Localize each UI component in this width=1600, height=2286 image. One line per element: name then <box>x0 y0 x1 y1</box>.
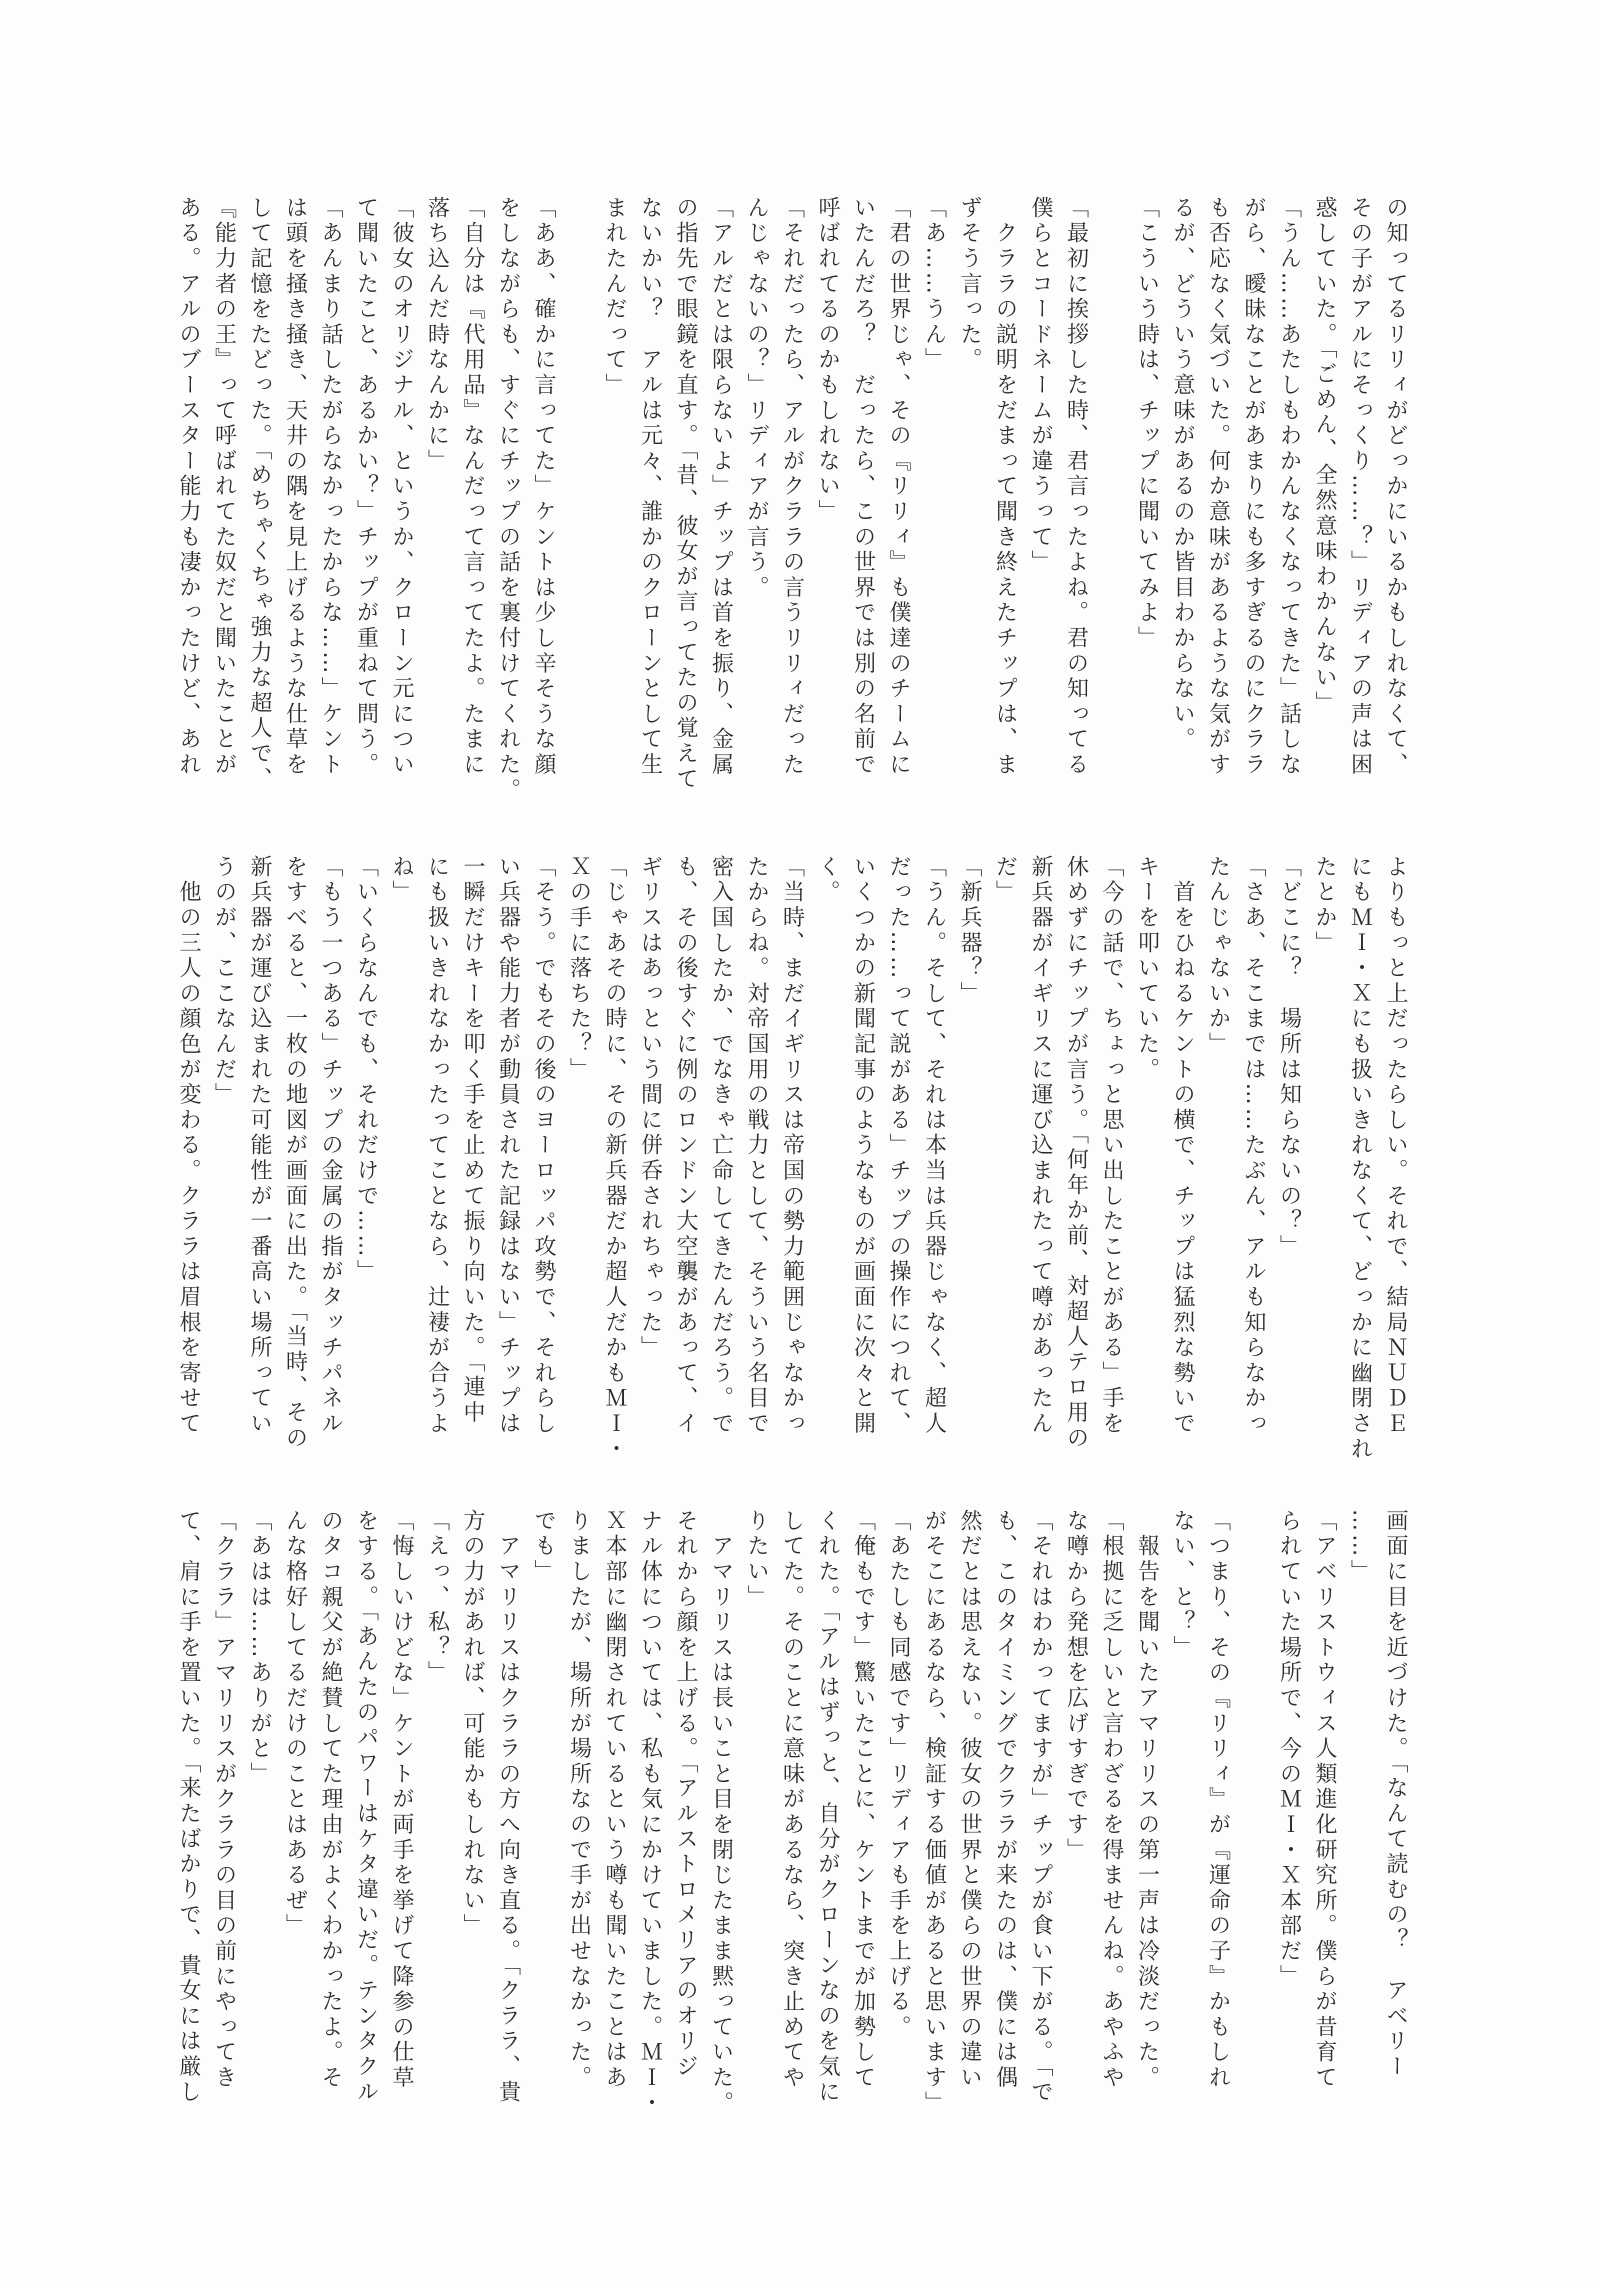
text-line: 「最初に挨拶した時、君言ったよね。君の知ってる <box>1058 196 1094 786</box>
text-line: く。 <box>810 855 846 1445</box>
text-line: 「君の世界じゃ、その『リリィ』も僕達のチームに <box>881 196 917 786</box>
text-line: 「もう一つある」チップの金属の指がタッチパネル <box>313 855 349 1445</box>
text-line: 休めずにチップが言う。「何年か前、対超人テロ用の <box>1058 855 1094 1445</box>
text-line: 「悔しいけどな」ケントが両手を挙げて降参の仕草 <box>384 1509 420 2099</box>
text-line: ずそう言った。 <box>952 196 988 786</box>
text-line: 呼ばれてるのかもしれない」 <box>810 196 846 786</box>
text-line: 「いくらなんでも、それだけで……」 <box>348 855 384 1445</box>
text-line: て聞いたこと、あるかい？」チップが重ねて問う。 <box>348 196 384 786</box>
text-line: 「ああ、確かに言ってた」ケントは少し辛そうな顔 <box>526 196 562 786</box>
text-line: 「あたしも同感です」リディアも手を上げる。 <box>881 1509 917 2099</box>
text-line: うのが、ここなんだ」 <box>206 855 242 1445</box>
text-line: にも扱いきれなかったってことなら、辻褄が合うよ <box>419 855 455 1445</box>
text-block-bottom: 画面に目を近づけた。「なんて読むの？ アベリー ……」 「アベリストウィス人類進… <box>170 1509 1413 2099</box>
text-line: 「そう。でもその後のヨーロッパ攻勢で、それらし <box>526 855 562 1445</box>
text-line: 「それはわかってますが」チップが食い下がる。「で <box>1023 1509 1059 2099</box>
text-line: 密入国したか、でなきゃ亡命してきたんだろう。で <box>703 855 739 1445</box>
text-line: をしながらも、すぐにチップの話を裏付けてくれた。 <box>490 196 526 786</box>
text-line: 新兵器が運び込まれた可能性が一番高い場所ってい <box>242 855 278 1445</box>
text-line: ないかい？ アルは元々、誰かのクローンとして生 <box>632 196 668 786</box>
text-line: 「あんまり話したがらなかったからな……」ケント <box>313 196 349 786</box>
text-line: ……」 <box>1342 1509 1378 2099</box>
text-line: な噂から発想を広げすぎです」 <box>1058 1509 1094 2099</box>
text-line: んな格好してるだけのことはあるぜ」 <box>277 1509 313 2099</box>
text-line: 落ち込んだ時なんかに」 <box>419 196 455 786</box>
text-line: Ｘの手に落ちた？」 <box>561 855 597 1445</box>
novel-page: の知ってるリリィがどっかにいるかもしれなくて、 その子がアルにそっくり……？」リ… <box>0 0 1600 2286</box>
text-block-top: の知ってるリリィがどっかにいるかもしれなくて、 その子がアルにそっくり……？」リ… <box>170 196 1413 786</box>
text-line: たんじゃないか」 <box>1200 855 1236 1445</box>
text-line: い兵器や能力者が動員された記録はない」チップは <box>490 855 526 1445</box>
text-line: たとか」 <box>1307 855 1343 1445</box>
text-line: も、その後すぐに例のロンドン大空襲があって、イ <box>668 855 704 1445</box>
text-line: がそこにあるなら、検証する価値があると思います」 <box>916 1509 952 2099</box>
blank-line <box>1094 196 1130 786</box>
text-line: 「今の話で、ちょっと思い出したことがある」手を <box>1094 855 1130 1445</box>
text-line: 「新兵器？」 <box>952 855 988 1445</box>
text-line: アマリリスはクララの方へ向き直る。「クララ、貴 <box>490 1509 526 2099</box>
text-line: 新兵器がイギリスに運び込まれたって噂があったん <box>1023 855 1059 1445</box>
text-line: ナル体については、私も気にかけていました。ＭＩ・ <box>632 1509 668 2099</box>
text-line: のタコ親父が絶賛してた理由がよくわかったよ。そ <box>313 1509 349 2099</box>
text-line: るが、どういう意味があるのか皆目わからない。 <box>1165 196 1201 786</box>
text-line: 「あ……うん」 <box>916 196 952 786</box>
text-line: ある。アルのブースター能力も凄かったけど、あれ <box>171 196 207 786</box>
text-line: にもＭＩ・Ｘにも扱いきれなくて、どっかに幽閉され <box>1342 855 1378 1445</box>
text-line: 「クララ」アマリリスがクララの目の前にやってき <box>206 1509 242 2099</box>
text-line: でも」 <box>526 1509 562 2099</box>
text-line: 方の力があれば、可能かもしれない」 <box>455 1509 491 2099</box>
text-line: クララの説明をだまって聞き終えたチップは、ま <box>987 196 1023 786</box>
text-line: 画面に目を近づけた。「なんて読むの？ アベリー <box>1378 1509 1414 2099</box>
text-line: も、このタイミングでクララが来たのは、僕には偶 <box>987 1509 1023 2099</box>
text-line: 「こういう時は、チップに聞いてみよ」 <box>1129 196 1165 786</box>
text-line: 「当時、まだイギリスは帝国の勢力範囲じゃなかっ <box>774 855 810 1445</box>
text-line: んじゃないの？」リディアが言う。 <box>739 196 775 786</box>
text-line: 報告を聞いたアマリリスの第一声は冷淡だった。 <box>1129 1509 1165 2099</box>
blank-line <box>1236 1509 1272 2099</box>
text-line: 僕らとコードネームが違うって」 <box>1023 196 1059 786</box>
text-line: くれた。「アルはずっと、自分がクローンなのを気に <box>810 1509 846 2099</box>
text-line: 「えっ、私？」 <box>419 1509 455 2099</box>
text-block-middle: よりもっと上だったらしい。それで、結局ＮＵＤＥ にもＭＩ・Ｘにも扱いきれなくて、… <box>170 855 1413 1445</box>
text-line: その子がアルにそっくり……？」リディアの声は困 <box>1342 196 1378 786</box>
text-line: 「さあ、そこまでは……たぶん、アルも知らなかっ <box>1236 855 1272 1445</box>
text-line: まれたんだって」 <box>597 196 633 786</box>
text-line: いたんだろ？ だったら、この世界では別の名前で <box>845 196 881 786</box>
text-line: 一瞬だけキーを叩く手を止めて振り向いた。「連中 <box>455 855 491 1445</box>
blank-line <box>561 196 597 786</box>
text-line: 「アルだとは限らないよ」チップは首を振り、金属 <box>703 196 739 786</box>
text-line: をする。「あんたのパワーはケタ違いだ。テンタクル <box>348 1509 384 2099</box>
text-line: りたい」 <box>739 1509 775 2099</box>
text-line: いくつかの新聞記事のようなものが画面に次々と開 <box>845 855 881 1445</box>
text-line: だった……って説がある」チップの操作につれて、 <box>881 855 917 1445</box>
text-line: ない、と？」 <box>1165 1509 1201 2099</box>
text-line: Ｘ本部に幽閉されているという噂も聞いたことはあ <box>597 1509 633 2099</box>
text-line: だ」 <box>987 855 1023 1445</box>
text-line: がら、曖昧なことがあまりにも多すぎるのにクララ <box>1236 196 1272 786</box>
text-line: 惑していた。「ごめん、全然意味わかんない」 <box>1307 196 1343 786</box>
text-line: 「じゃあその時に、その新兵器だか超人だかもＭＩ・ <box>597 855 633 1445</box>
text-line: してた。そのことに意味があるなら、突き止めてや <box>774 1509 810 2099</box>
text-line: は頭を掻き掻き、天井の隅を見上げるような仕草を <box>277 196 313 786</box>
text-line: 「どこに？ 場所は知らないの？」 <box>1271 855 1307 1445</box>
text-line: をすべると、一枚の地図が画面に出た。「当時、その <box>277 855 313 1445</box>
text-line: 「うん……あたしもわかんなくなってきた」話しな <box>1271 196 1307 786</box>
text-line: キーを叩いていた。 <box>1129 855 1165 1445</box>
text-line: ね」 <box>384 855 420 1445</box>
text-line: て、肩に手を置いた。「来たばかりで、貴女には厳し <box>171 1509 207 2099</box>
text-line: 首をひねるケントの横で、チップは猛烈な勢いで <box>1165 855 1201 1445</box>
text-line: 然だとは思えない。彼女の世界と僕らの世界の違い <box>952 1509 988 2099</box>
text-line: られていた場所で、今のＭＩ・Ｘ本部だ」 <box>1271 1509 1307 2099</box>
text-line: 「つまり、その『リリィ』が『運命の子』かもしれ <box>1200 1509 1236 2099</box>
text-line: たからね。対帝国用の戦力として、そういう名目で <box>739 855 775 1445</box>
text-line: 「根拠に乏しいと言わざるを得ませんね。あやふや <box>1094 1509 1130 2099</box>
text-line: 「アベリストウィス人類進化研究所。僕らが昔育て <box>1307 1509 1343 2099</box>
text-line: 「うん。そして、それは本当は兵器じゃなく、超人 <box>916 855 952 1445</box>
text-line: の知ってるリリィがどっかにいるかもしれなくて、 <box>1378 196 1414 786</box>
text-line: よりもっと上だったらしい。それで、結局ＮＵＤＥ <box>1378 855 1414 1445</box>
text-line: して記憶をたどった。「めちゃくちゃ強力な超人で、 <box>242 196 278 786</box>
text-line: りましたが、場所が場所なので手が出せなかった。 <box>561 1509 597 2099</box>
text-line: 「俺もです」驚いたことに、ケントまでが加勢して <box>845 1509 881 2099</box>
text-line: 「彼女のオリジナル、というか、クローン元につい <box>384 196 420 786</box>
text-line: アマリリスは長いこと目を閉じたまま黙っていた。 <box>703 1509 739 2099</box>
text-line: 他の三人の顔色が変わる。クララは眉根を寄せて <box>171 855 207 1445</box>
text-line: の指先で眼鏡を直す。「昔、彼女が言ってたの覚えて <box>668 196 704 786</box>
text-line: 『能力者の王』って呼ばれてた奴だと聞いたことが <box>206 196 242 786</box>
text-line: それから顔を上げる。「アルストロメリアのオリジ <box>668 1509 704 2099</box>
text-line: 「あはは……ありがと」 <box>242 1509 278 2099</box>
text-line: 「それだったら、アルがクララの言うリリィだった <box>774 196 810 786</box>
text-line: ギリスはあっという間に併呑されちゃった」 <box>632 855 668 1445</box>
text-line: 「自分は『代用品』なんだって言ってたよ。たまに <box>455 196 491 786</box>
text-line: も否応なく気づいた。何か意味があるような気がす <box>1200 196 1236 786</box>
